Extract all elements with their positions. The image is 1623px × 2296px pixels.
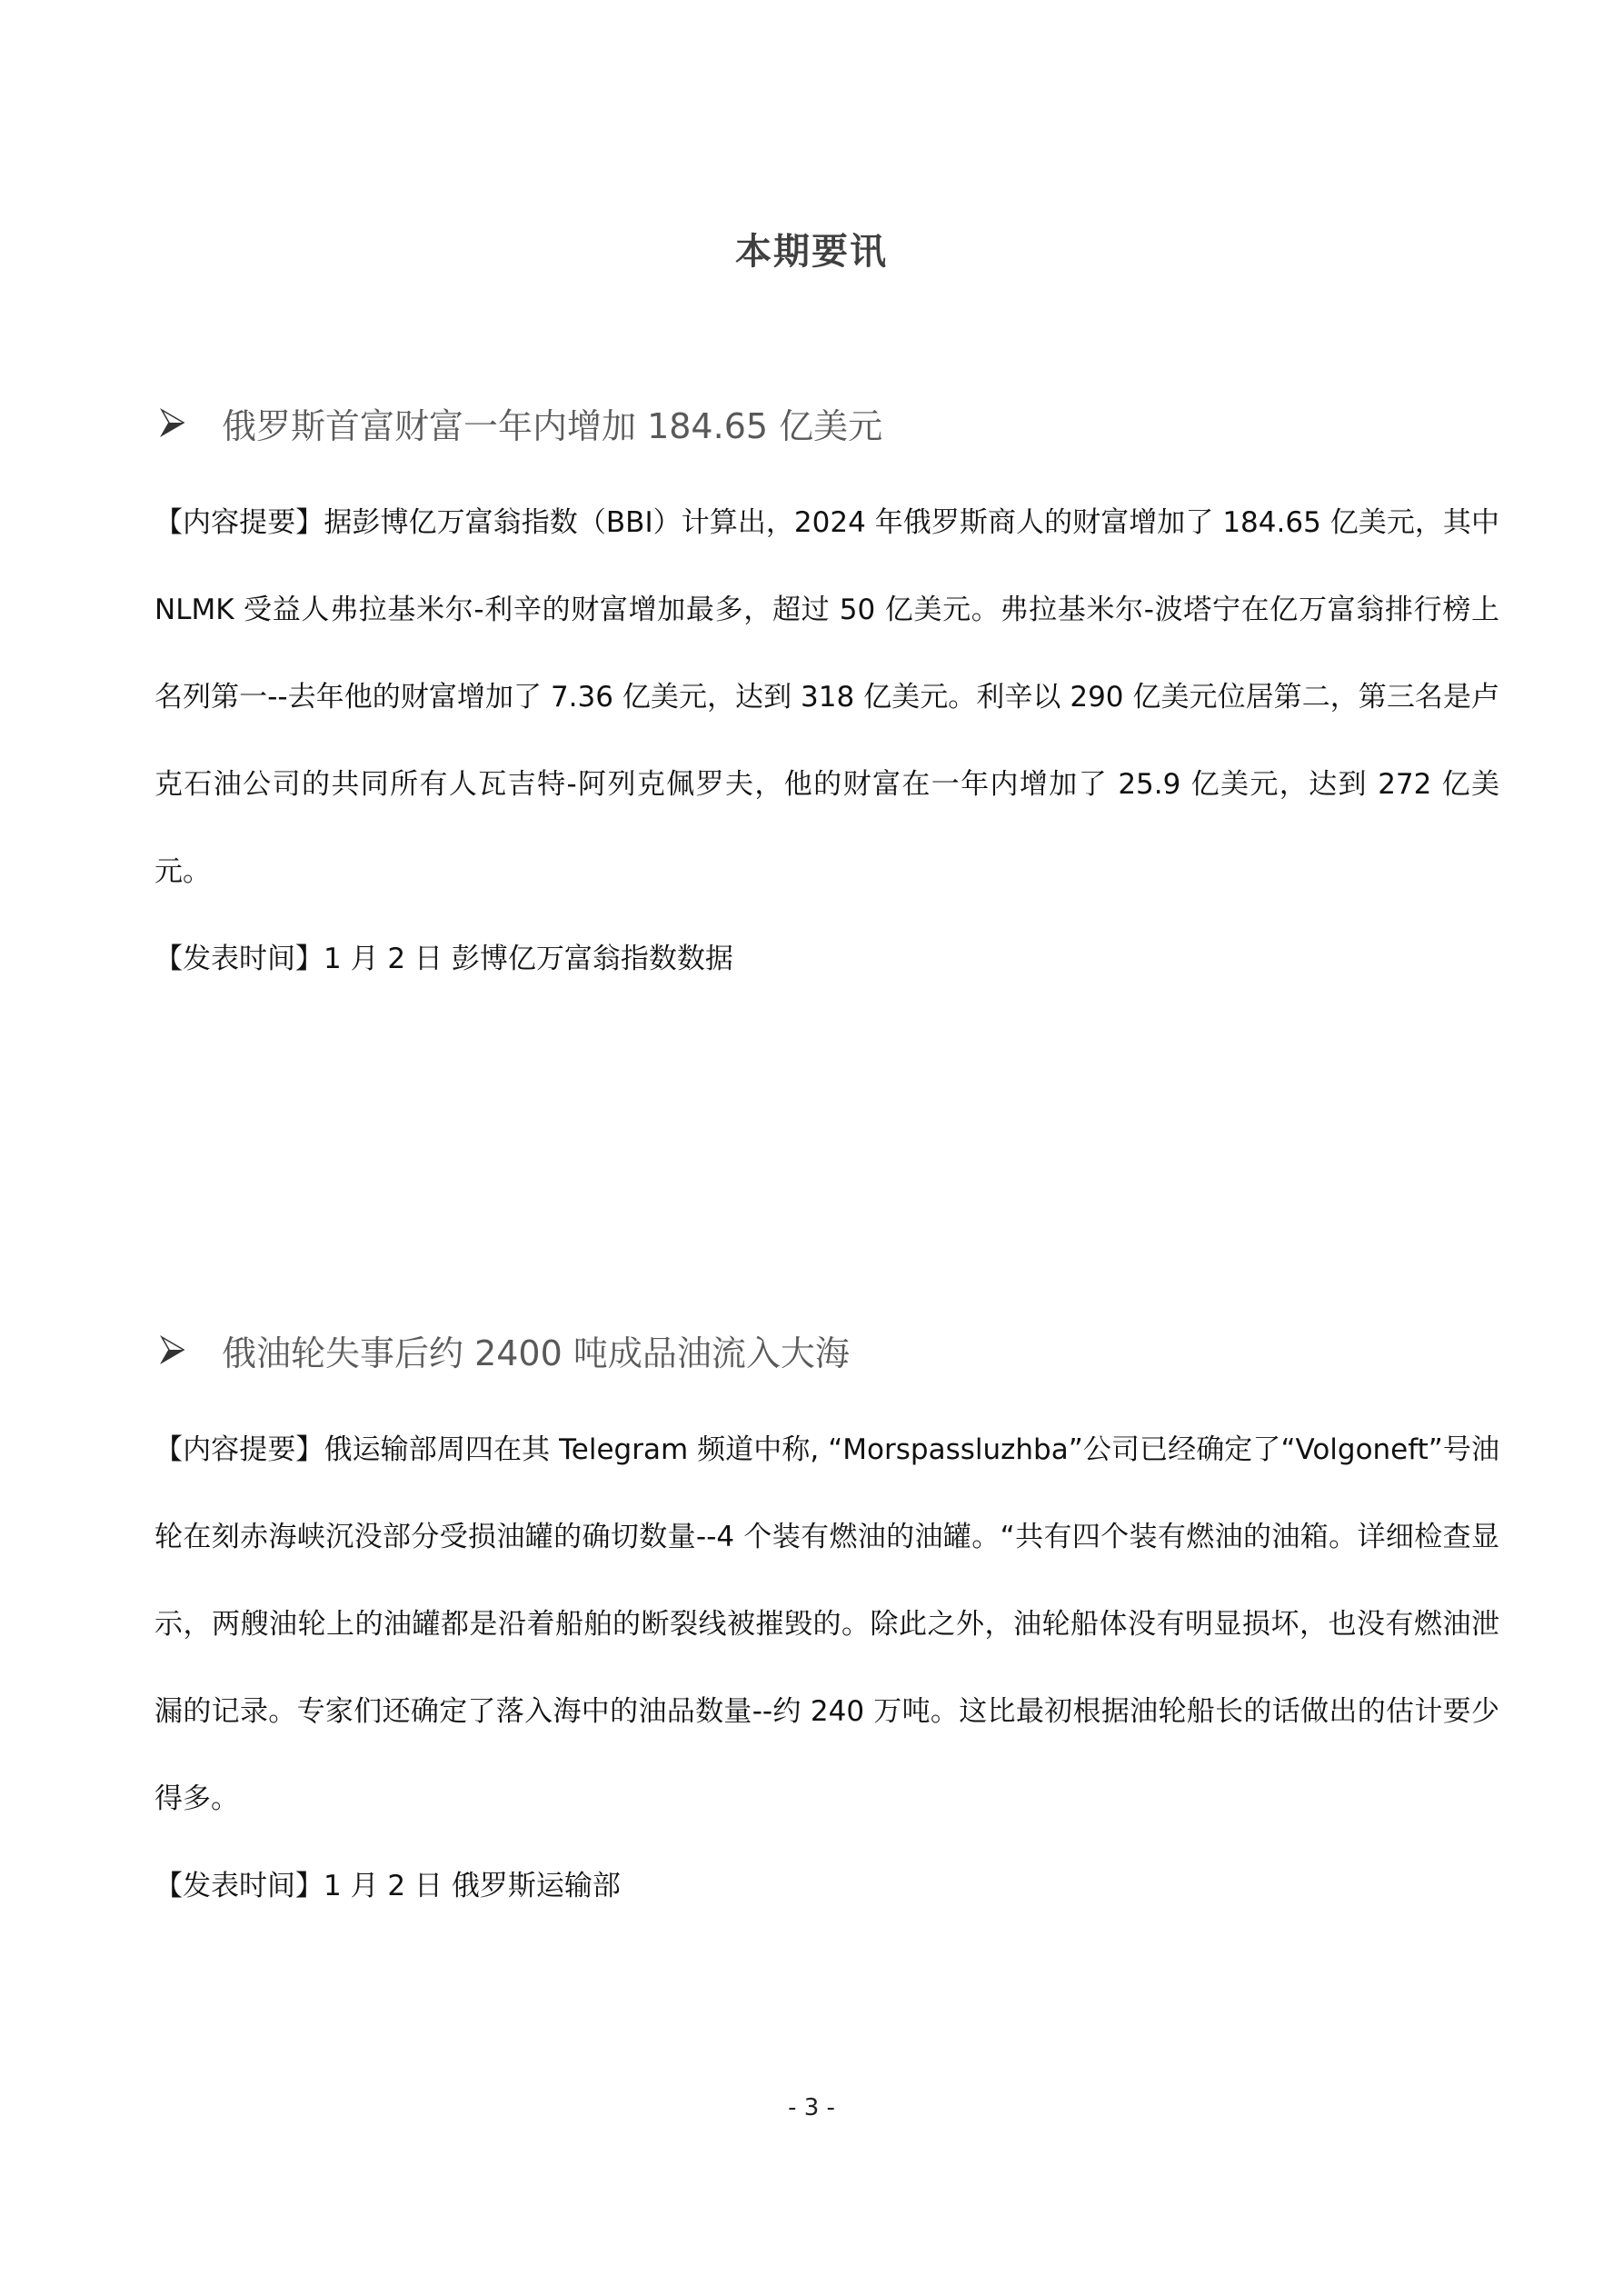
arrowhead-bullet-icon (160, 404, 185, 441)
article-heading-text: 俄油轮失事后约 2400 吨成品油流入大海 (222, 1325, 850, 1375)
published-label: 【发表时间】 (154, 1870, 324, 1902)
published-text: 1 月 2 日 俄罗斯运输部 (324, 1870, 621, 1902)
article-summary: 【内容提要】据彭博亿万富翁指数（BBI）计算出，2024 年俄罗斯商人的财富增加… (154, 479, 1499, 915)
page-title: 本期要讯 (0, 223, 1623, 275)
page-number: - 3 - (0, 2094, 1623, 2121)
summary-text: 据彭博亿万富翁指数（BBI）计算出，2024 年俄罗斯商人的财富增加了 184.… (154, 506, 1499, 888)
article-1: 俄罗斯首富财富一年内增加 184.65 亿美元 【内容提要】据彭博亿万富翁指数（… (154, 395, 1499, 1003)
article-2: 俄油轮失事后约 2400 吨成品油流入大海 【内容提要】俄运输部周四在其 Tel… (154, 1323, 1499, 1930)
summary-text: 俄运输部周四在其 Telegram 频道中称, “Morspassluzhba”… (154, 1433, 1499, 1815)
published-text: 1 月 2 日 彭博亿万富翁指数数据 (324, 943, 733, 975)
arrowhead-bullet-icon (160, 1332, 185, 1368)
summary-label: 【内容提要】 (154, 506, 324, 539)
document-page: 本期要讯 俄罗斯首富财富一年内增加 184.65 亿美元 【内容提要】据彭博亿万… (0, 0, 1623, 2296)
article-published: 【发表时间】1 月 2 日 俄罗斯运输部 (154, 1842, 1499, 1930)
article-heading: 俄罗斯首富财富一年内增加 184.65 亿美元 (154, 395, 1499, 450)
summary-label: 【内容提要】 (154, 1433, 324, 1466)
article-heading: 俄油轮失事后约 2400 吨成品油流入大海 (154, 1323, 1499, 1377)
article-heading-text: 俄罗斯首富财富一年内增加 184.65 亿美元 (222, 398, 882, 448)
published-label: 【发表时间】 (154, 943, 324, 975)
article-published: 【发表时间】1 月 2 日 彭博亿万富翁指数数据 (154, 915, 1499, 1003)
article-summary: 【内容提要】俄运输部周四在其 Telegram 频道中称, “Morspassl… (154, 1406, 1499, 1842)
